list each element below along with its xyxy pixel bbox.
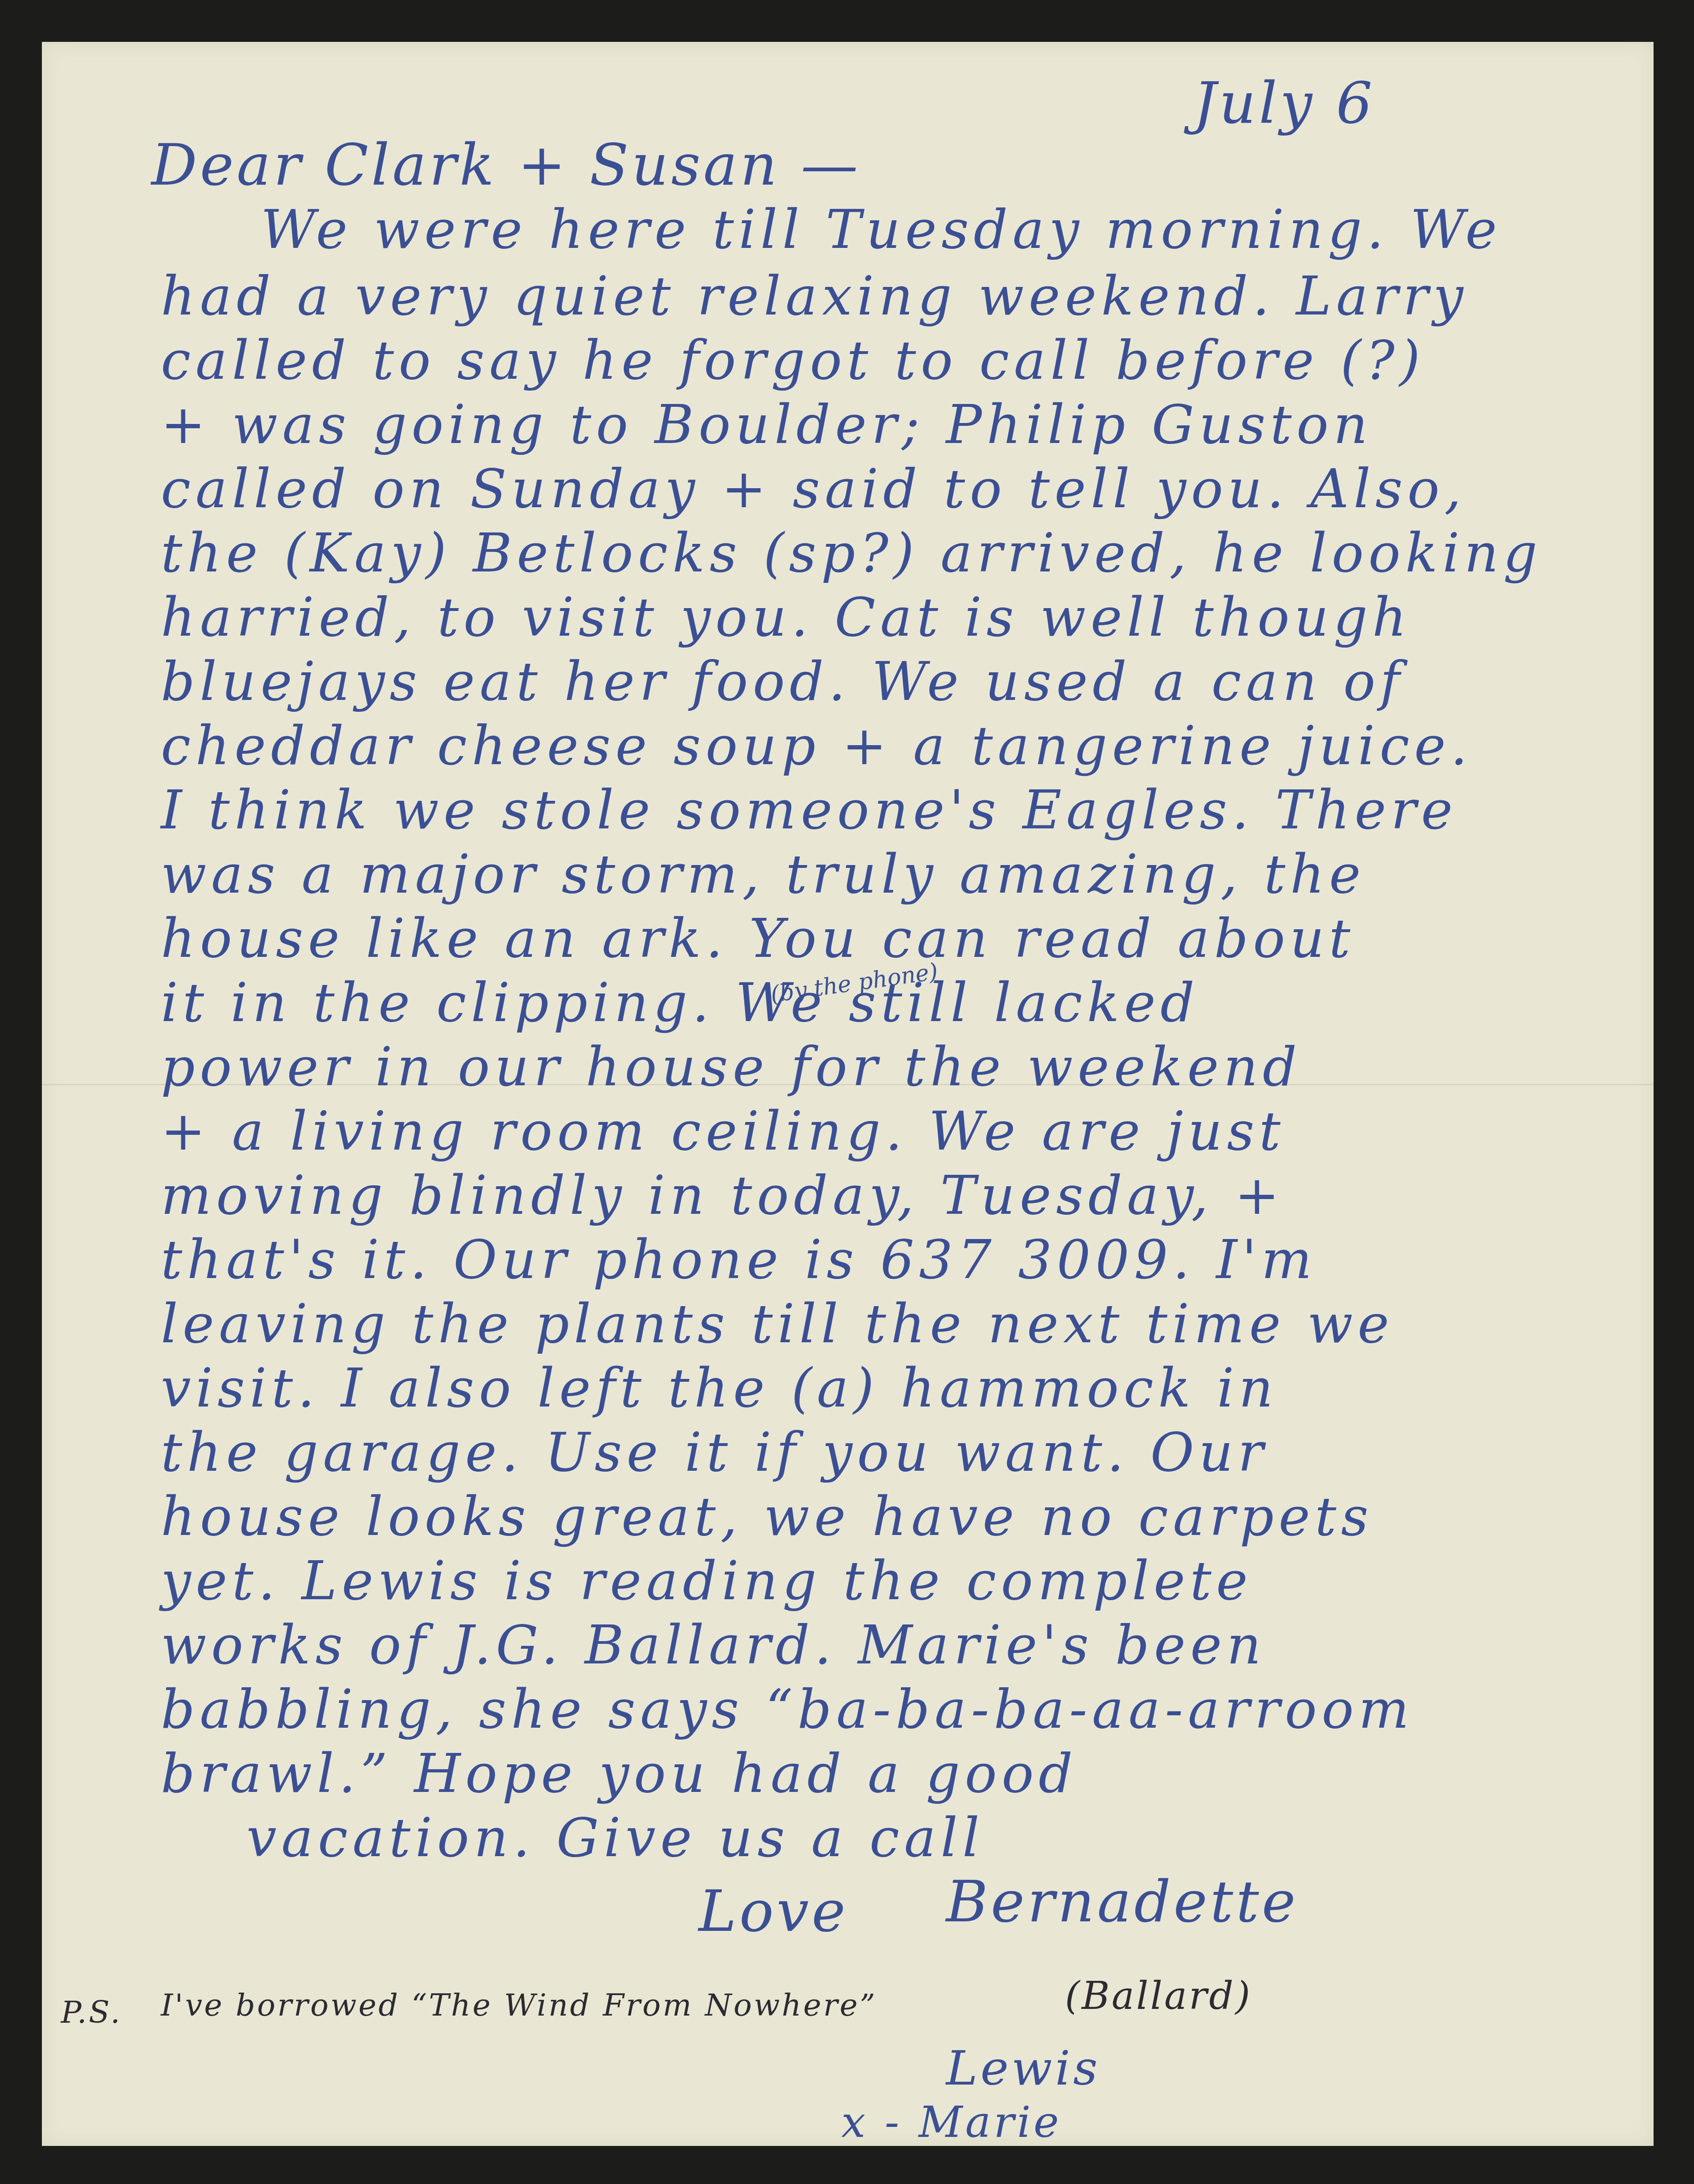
body-line: had a very quiet relaxing weekend. Larry bbox=[161, 266, 1468, 327]
body-line: harried, to visit you. Cat is well thoug… bbox=[161, 587, 1411, 649]
body-line: vacation. Give us a call bbox=[246, 1807, 984, 1869]
letter-page: July 6 Dear Clark + Susan — We were here… bbox=[42, 42, 1654, 2146]
body-line: leaving the plants till the next time we bbox=[161, 1293, 1394, 1355]
body-line: works of J.G. Ballard. Marie's been bbox=[161, 1614, 1266, 1676]
body-line: moving blindly in today, Tuesday, + bbox=[161, 1165, 1284, 1227]
body-line: that's it. Our phone is 637 3009. I'm bbox=[161, 1229, 1317, 1291]
signature-bernadette: Bernadette bbox=[946, 1869, 1299, 1935]
body-line: was a major storm, truly amazing, the bbox=[161, 844, 1366, 905]
body-line: visit. I also left the (a) hammock in bbox=[161, 1358, 1278, 1419]
body-line: brawl.” Hope you had a good bbox=[161, 1743, 1077, 1805]
letter-date: July 6 bbox=[1193, 70, 1375, 137]
salutation: Dear Clark + Susan — bbox=[151, 132, 861, 198]
body-line: + a living room ceiling. We are just bbox=[161, 1101, 1285, 1162]
body-line: cheddar cheese soup + a tangerine juice. bbox=[161, 715, 1472, 777]
body-line: We were here till Tuesday morning. We bbox=[261, 199, 1502, 261]
body-line: called on Sunday + said to tell you. Als… bbox=[161, 458, 1466, 520]
body-line: power in our house for the weekend bbox=[161, 1036, 1301, 1098]
closing-love: Love bbox=[699, 1879, 848, 1945]
body-line: babbling, she says “ba-ba-ba-aa-arroom bbox=[161, 1679, 1414, 1741]
body-line: I think we stole someone's Eagles. There bbox=[161, 779, 1458, 841]
body-line: the (Kay) Betlocks (sp?) arrived, he loo… bbox=[161, 522, 1542, 584]
postscript-text: I've borrowed “The Wind From Nowhere” bbox=[161, 1988, 877, 2023]
postscript-author: (Ballard) bbox=[1065, 1974, 1252, 2018]
postscript-prefix: P.S. bbox=[61, 1995, 122, 2030]
body-line: bluejays eat her food. We used a can of bbox=[161, 651, 1405, 713]
cosigner-lewis: Lewis bbox=[946, 2040, 1100, 2096]
body-line: the garage. Use it if you want. Our bbox=[161, 1422, 1268, 1484]
body-line: house like an ark. You can read about bbox=[161, 908, 1355, 970]
body-line: house looks great, we have no carpets bbox=[161, 1486, 1373, 1548]
body-line: yet. Lewis is reading the complete bbox=[161, 1550, 1252, 1612]
body-line: it in the clipping. We still lacked bbox=[161, 972, 1199, 1034]
cosigner-marie: x - Marie bbox=[841, 2097, 1062, 2147]
body-line: called to say he forgot to call before (… bbox=[161, 330, 1425, 392]
body-line: + was going to Boulder; Philip Guston bbox=[161, 394, 1372, 456]
